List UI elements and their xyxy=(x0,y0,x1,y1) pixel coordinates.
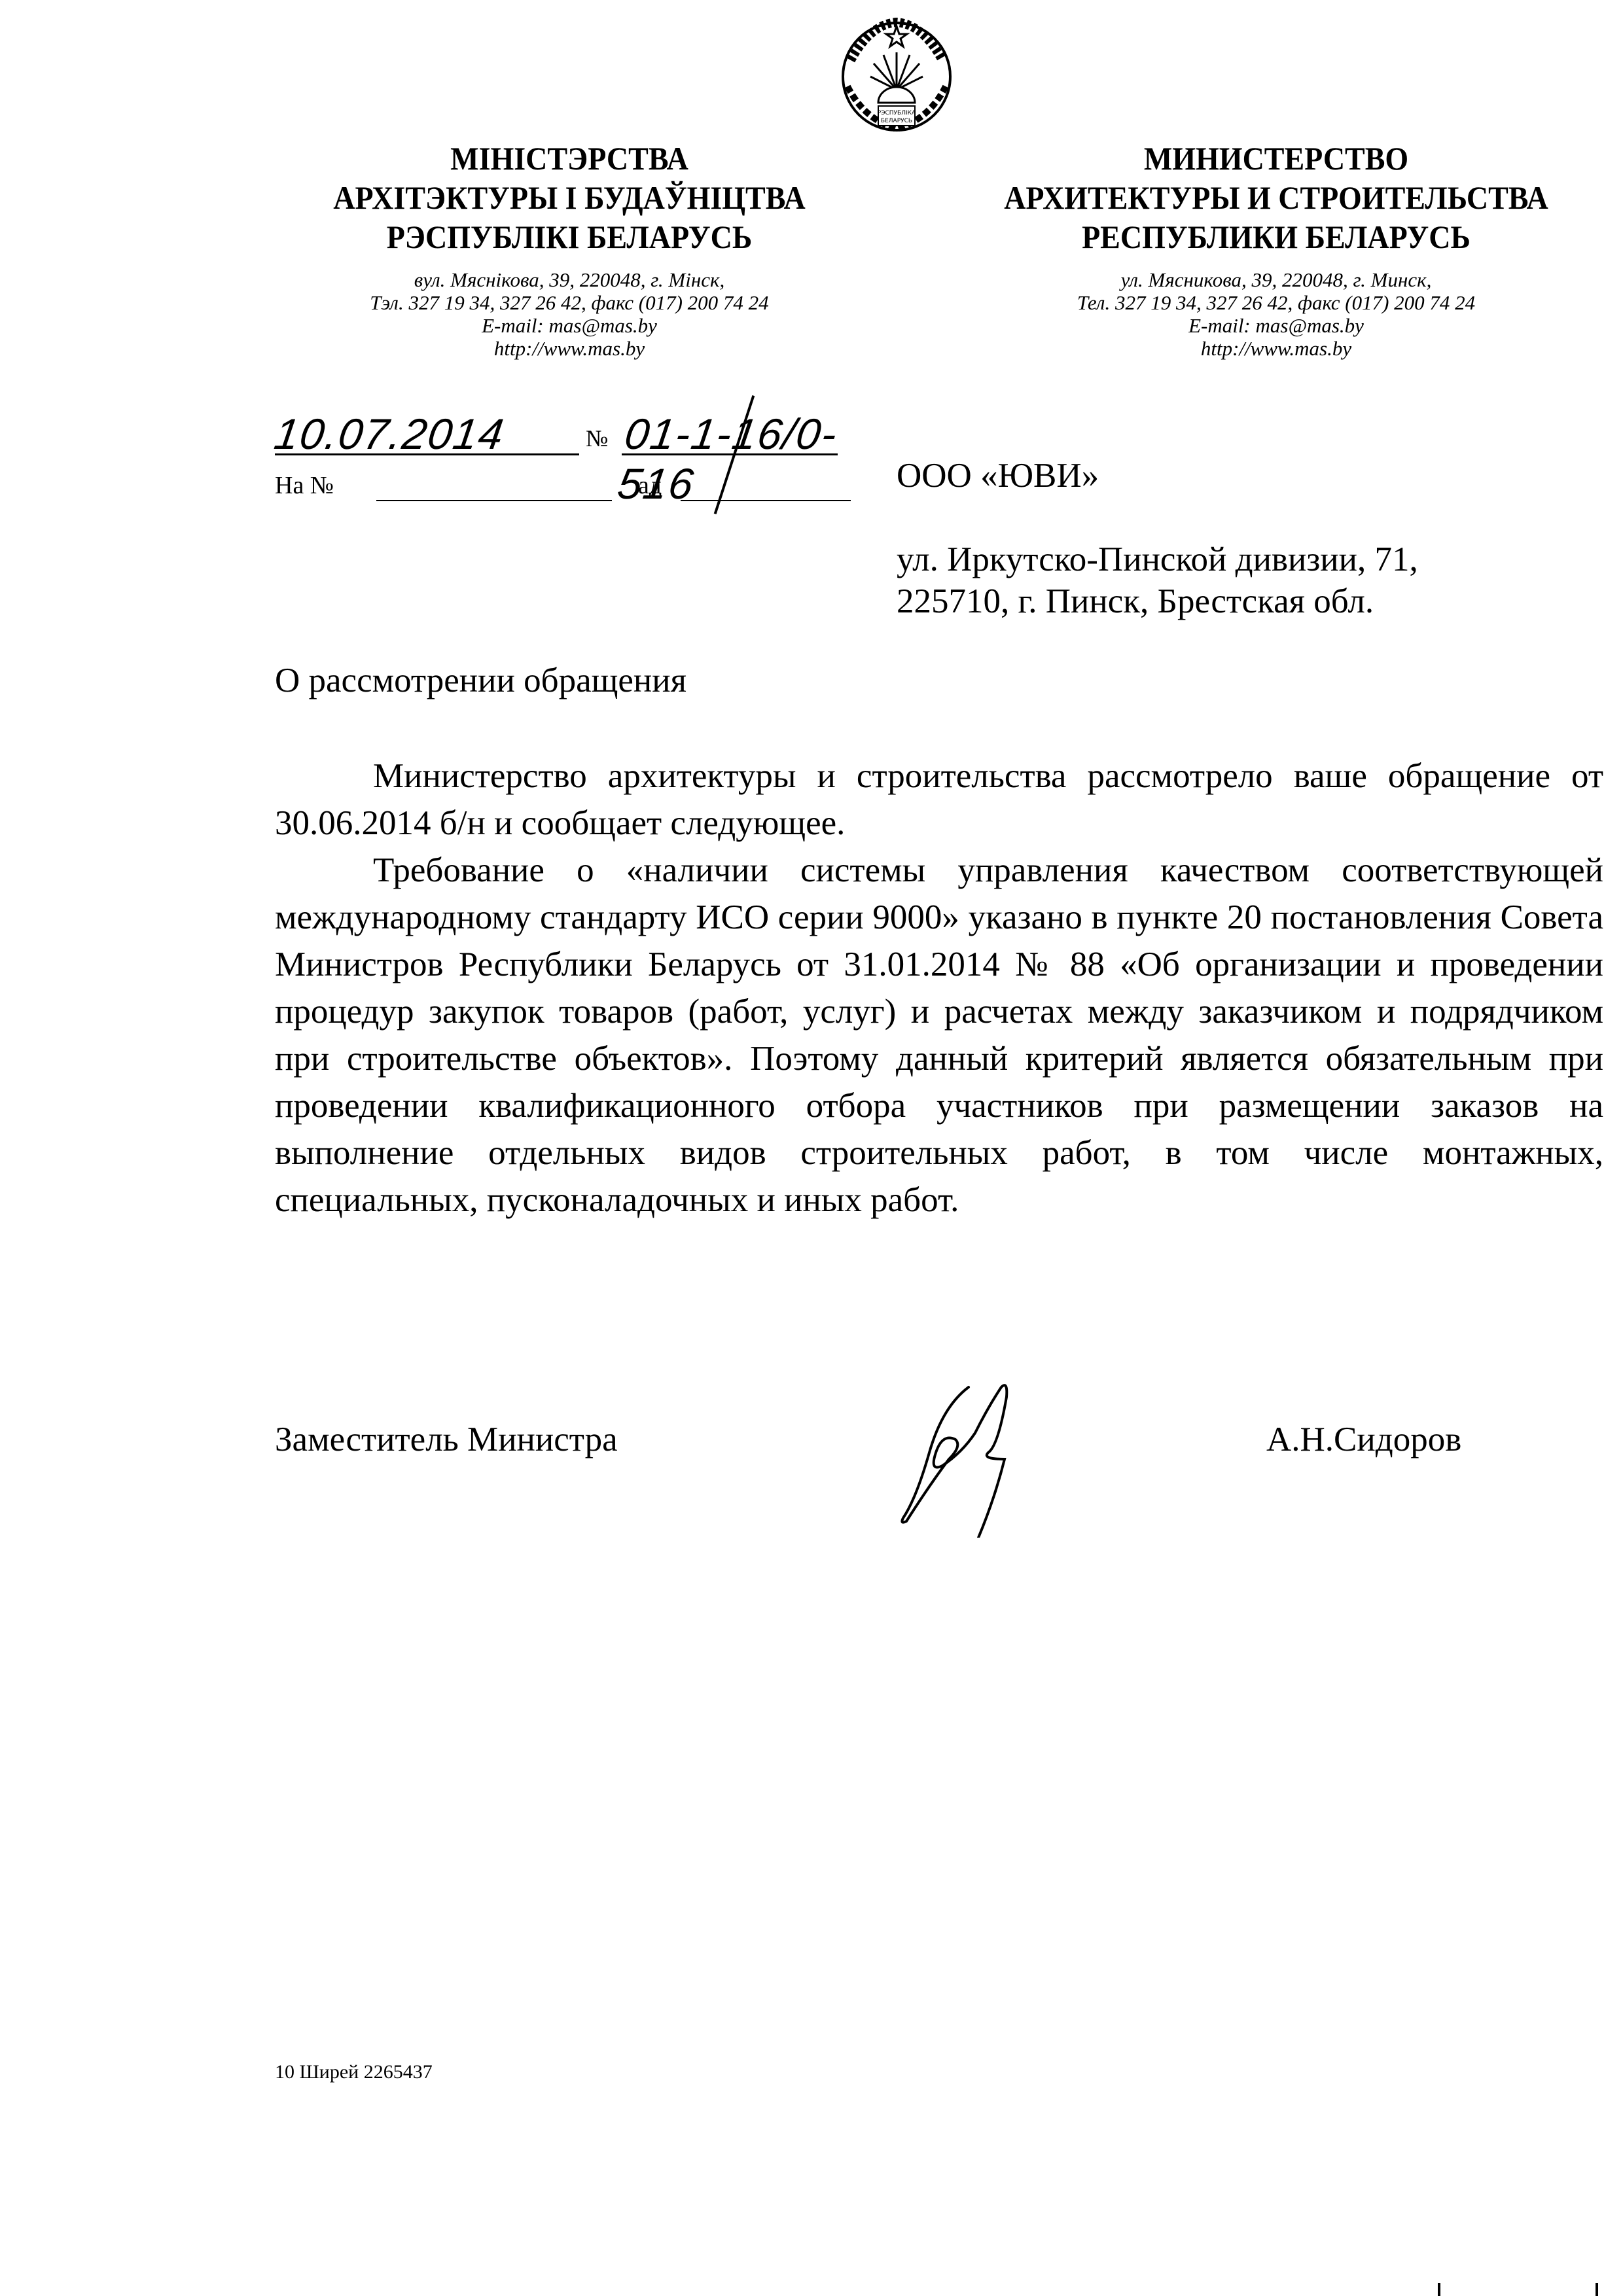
contacts-belarusian: вул. Мяснікова, 39, 220048, г. Мінск, Тэ… xyxy=(249,268,890,360)
contact-phone: Тэл. 327 19 34, 327 26 42, факс (017) 20… xyxy=(249,291,890,314)
contact-email: E-mail: mas@mas.by xyxy=(929,314,1623,337)
registration-date-field: 10.07.2014 xyxy=(275,409,579,455)
ministry-name-line: МІНІСТЭРСТВА xyxy=(274,139,865,178)
ministry-name-russian: МИНИСТЕРСТВО АРХИТЕКТУРЫ И СТРОИТЕЛЬСТВА… xyxy=(957,139,1595,256)
ministry-name-line: РЭСПУБЛІКІ БЕЛАРУСЬ xyxy=(274,217,865,256)
contact-address: ул. Мясникова, 39, 220048, г. Минск, xyxy=(929,268,1623,291)
body-paragraph: Требование о «наличии системы управления… xyxy=(275,847,1603,1224)
ministry-name-line: АРХІТЭКТУРЫ І БУДАЎНІЦТВА xyxy=(274,178,865,217)
reference-date-label: ад xyxy=(638,471,662,500)
addressee-block: ООО «ЮВИ» ул. Иркутско-Пинской дивизии, … xyxy=(897,455,1418,622)
contact-website: http://www.mas.by xyxy=(929,337,1623,360)
body-paragraph: Министерство архитектуры и строительства… xyxy=(275,752,1603,847)
ministry-name-line: МИНИСТЕРСТВО xyxy=(957,139,1595,178)
addressee-address-line: ул. Иркутско-Пинской дивизии, 71, xyxy=(897,539,1418,580)
addressee-address-line: 225710, г. Пинск, Брестская обл. xyxy=(897,580,1418,622)
scan-mark xyxy=(1438,2283,1440,2296)
registration-number-field: 01-1-16/0-516 xyxy=(622,409,838,455)
contacts-russian: ул. Мясникова, 39, 220048, г. Минск, Тел… xyxy=(929,268,1623,360)
contact-address: вул. Мяснікова, 39, 220048, г. Мінск, xyxy=(249,268,890,291)
contact-website: http://www.mas.by xyxy=(249,337,890,360)
letter-body: Министерство архитектуры и строительства… xyxy=(275,752,1603,1224)
contact-phone: Тел. 327 19 34, 327 26 42, факс (017) 20… xyxy=(929,291,1623,314)
registration-date: 10.07.2014 xyxy=(272,409,508,459)
svg-text:РЭСПУБЛІКА: РЭСПУБЛІКА xyxy=(878,110,916,116)
reference-number-line xyxy=(376,500,612,501)
executor-note: 10 Ширей 2265437 xyxy=(275,2061,433,2083)
contact-email: E-mail: mas@mas.by xyxy=(249,314,890,337)
ministry-name-line: РЕСПУБЛИКИ БЕЛАРУСЬ xyxy=(957,217,1595,256)
reference-date-line xyxy=(681,500,851,501)
addressee-org: ООО «ЮВИ» xyxy=(897,455,1418,497)
reference-number-label: На № xyxy=(275,471,334,500)
svg-text:БЕЛАРУСЬ: БЕЛАРУСЬ xyxy=(881,118,912,124)
signatory-role: Заместитель Министра xyxy=(275,1420,618,1459)
signatory-name: А.Н.Сидоров xyxy=(1266,1420,1461,1459)
handwritten-signature-icon xyxy=(890,1368,1126,1538)
subject-line: О рассмотрении обращения xyxy=(275,661,687,700)
coat-of-arms-belarus-icon: РЭСПУБЛІКА БЕЛАРУСЬ xyxy=(831,14,962,139)
registration-number-label: № xyxy=(586,425,608,452)
ministry-name-line: АРХИТЕКТУРЫ И СТРОИТЕЛЬСТВА xyxy=(957,178,1595,217)
ministry-name-belarusian: МІНІСТЭРСТВА АРХІТЭКТУРЫ І БУДАЎНІЦТВА Р… xyxy=(274,139,865,256)
scan-mark xyxy=(1596,2283,1598,2296)
